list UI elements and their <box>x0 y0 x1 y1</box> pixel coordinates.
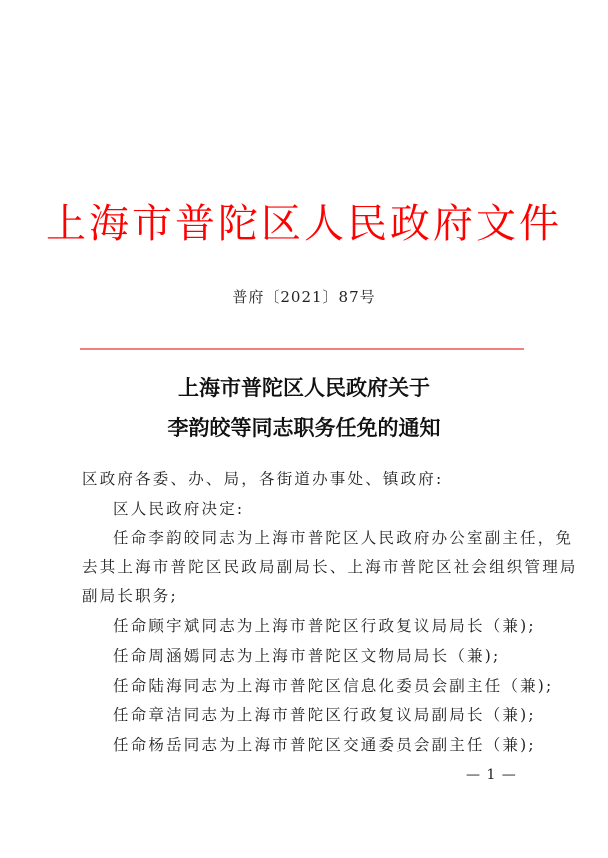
paragraph-appointment-3: 任命周涵嫣同志为上海市普陀区文物局局长（兼); <box>113 646 559 666</box>
paragraph-appointment-5: 任命章洁同志为上海市普陀区行政复议局副局长（兼); <box>113 705 559 725</box>
page-number: — 1 — <box>466 766 517 784</box>
document-header-title: 上海市普陀区人民政府文件 <box>0 196 608 252</box>
notice-title-line-1: 上海市普陀区人民政府关于 <box>0 374 608 402</box>
paragraph-appointment-2: 任命顾宇斌同志为上海市普陀区行政复议局局长（兼); <box>113 616 559 636</box>
paragraph-appointment-6: 任命杨岳同志为上海市普陀区交通委员会副主任（兼); <box>113 735 559 755</box>
document-page: 上海市普陀区人民政府文件 普府〔2021〕87号 上海市普陀区人民政府关于 李韵… <box>0 0 608 858</box>
paragraph-appointment-1-line-3: 副局长职务; <box>82 586 528 606</box>
paragraph-appointment-1-line-2: 去其上海市普陀区民政局副局长、上海市普陀区社会组织管理局 <box>82 557 528 577</box>
salutation: 区政府各委、办、局，各街道办事处、镇政府: <box>82 469 528 489</box>
notice-title-line-2: 李韵皎等同志职务任免的通知 <box>0 414 608 442</box>
paragraph-appointment-1-line-1: 任命李韵皎同志为上海市普陀区人民政府办公室副主任，免 <box>113 528 559 548</box>
paragraph-decision-intro: 区人民政府决定: <box>113 499 559 519</box>
document-number: 普府〔2021〕87号 <box>0 287 608 307</box>
red-divider-rule <box>80 348 524 350</box>
paragraph-appointment-4: 任命陆海同志为上海市普陀区信息化委员会副主任（兼); <box>113 676 559 696</box>
